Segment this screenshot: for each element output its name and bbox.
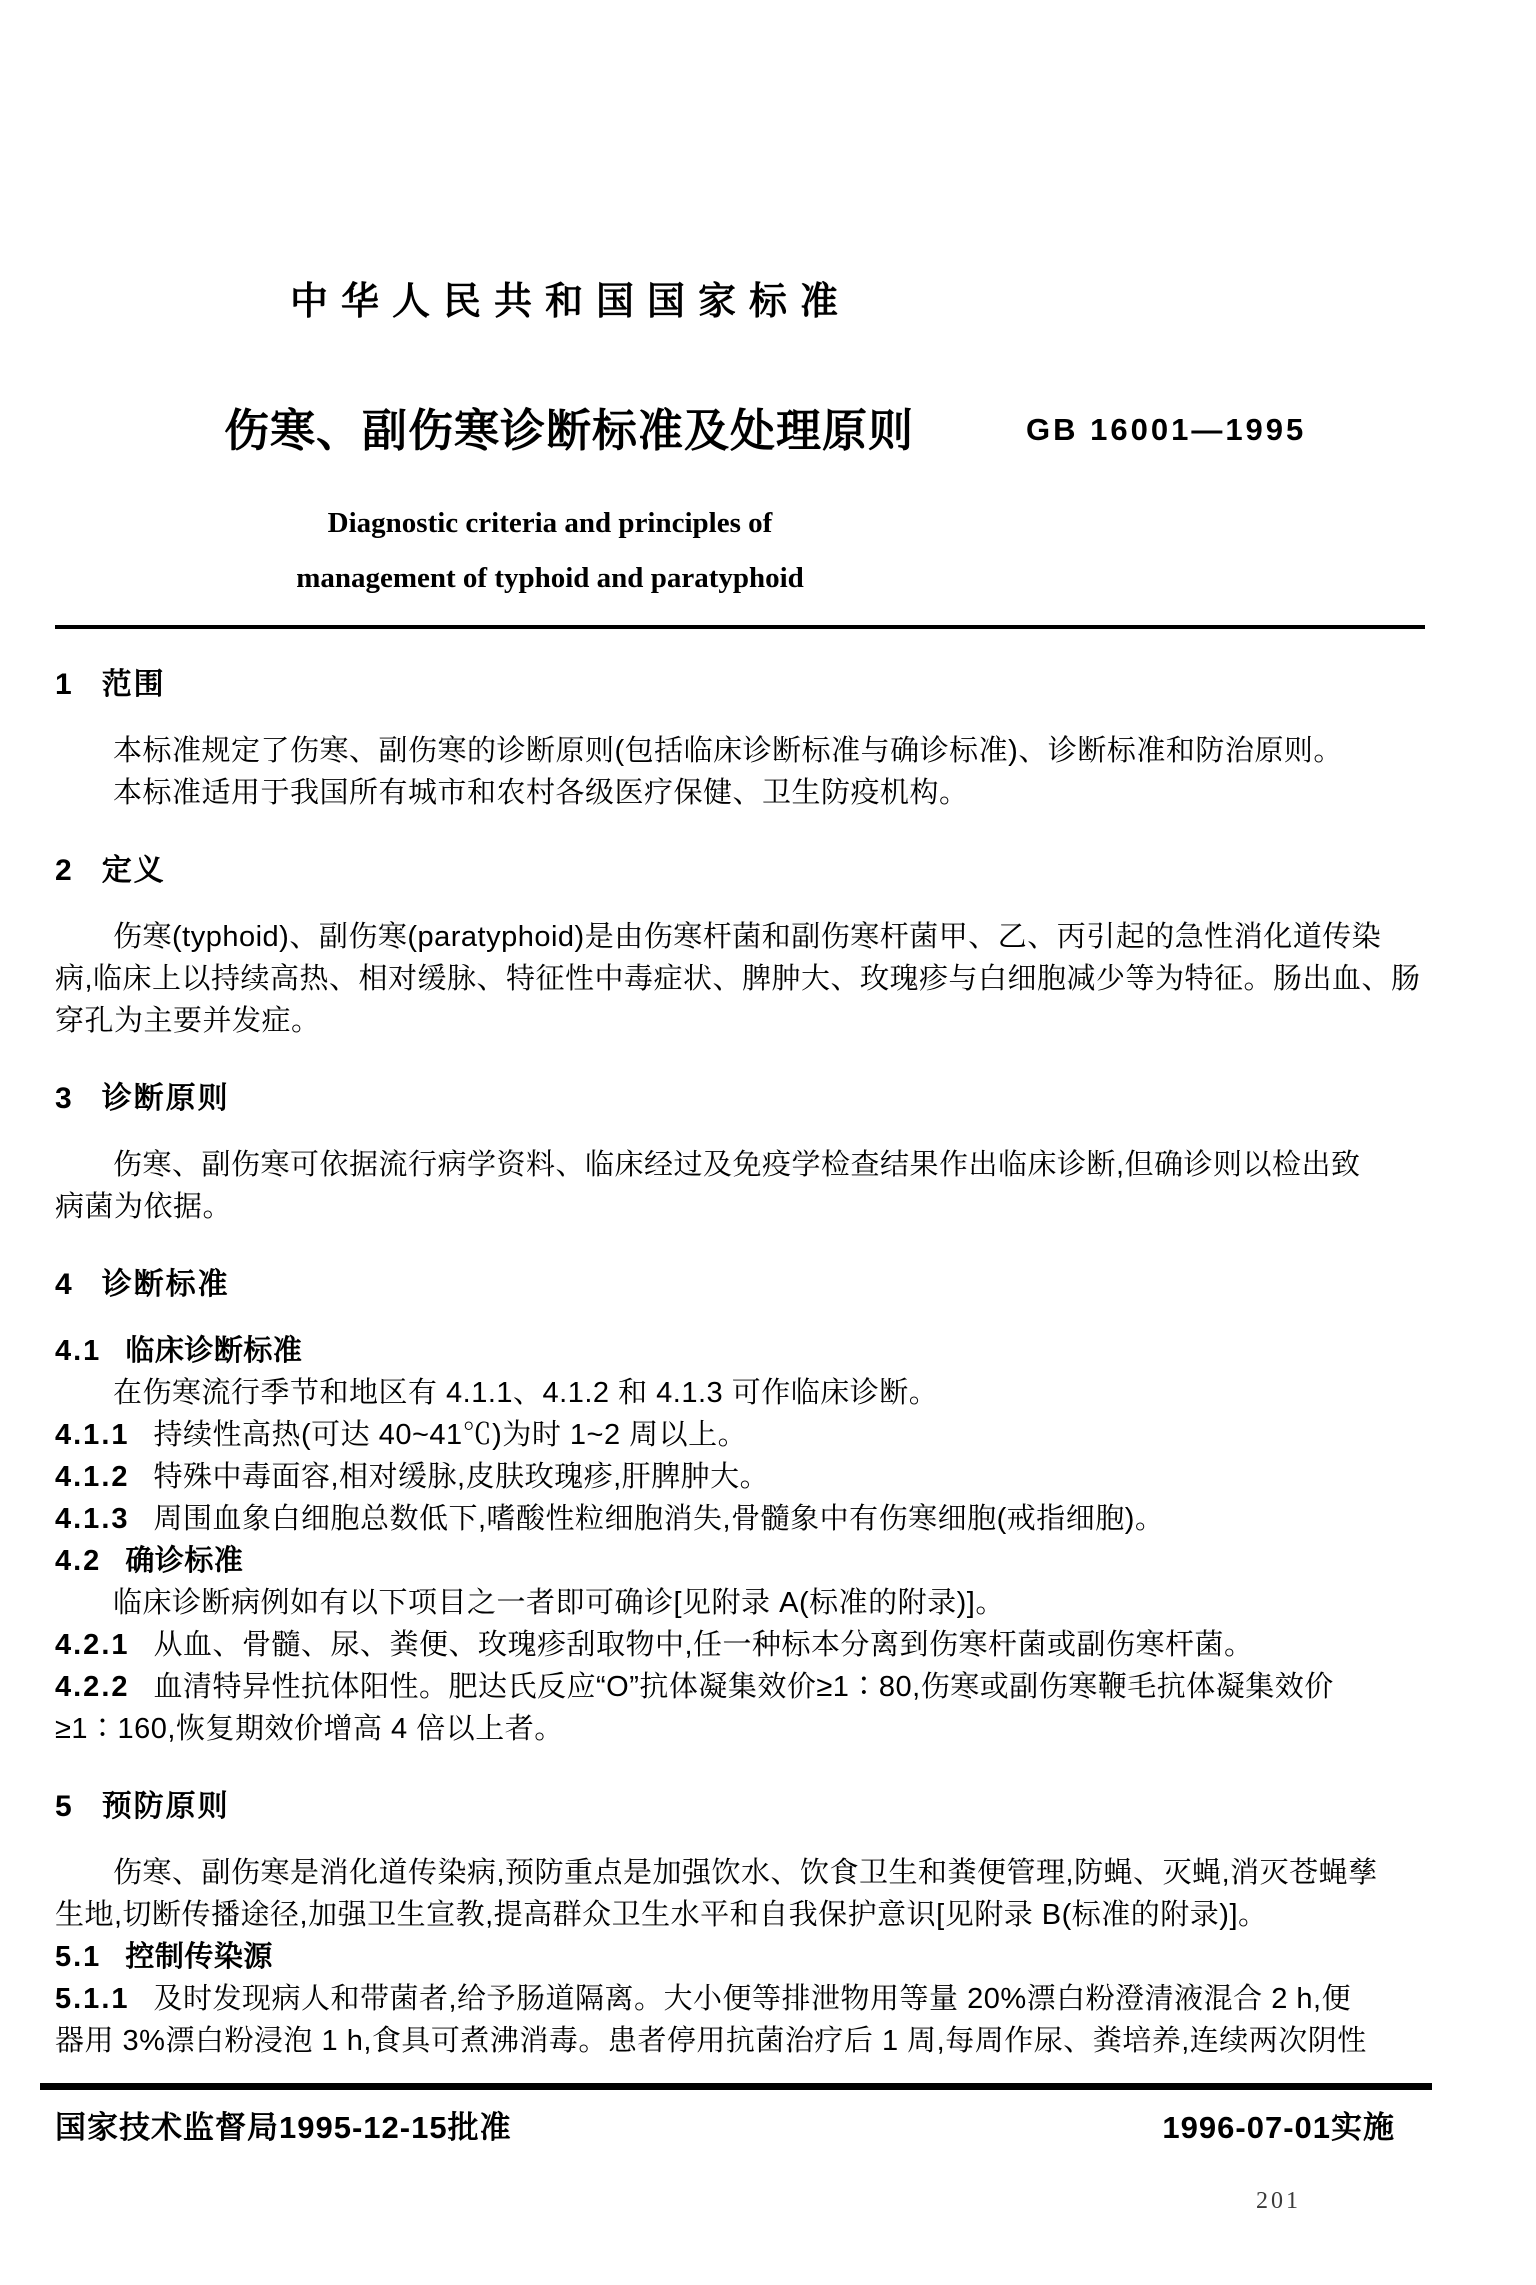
section-number: 4 <box>55 1268 72 1301</box>
section-heading-scope: 1范围 <box>55 666 1433 704</box>
paragraph-line: 在伤寒流行季节和地区有 4.1.1、4.1.2 和 4.1.3 可作临床诊断。 <box>55 1372 1433 1414</box>
clause-number: 4.2.2 <box>55 1671 130 1703</box>
paragraph-line: 伤寒(typhoid)、副伤寒(paratyphoid)是由伤寒杆菌和副伤寒杆菌… <box>55 916 1433 958</box>
title-en-line1: Diagnostic criteria and principles of <box>150 496 950 551</box>
document-title-zh: 伤寒、副伤寒诊断标准及处理原则 <box>224 394 914 459</box>
clause-number: 4.1 <box>55 1335 101 1367</box>
clause-title: 控制传染源 <box>125 1941 273 1973</box>
section-number: 5 <box>55 1790 72 1823</box>
document-body: 1范围 本标准规定了伤寒、副伤寒的诊断原则(包括临床诊断标准与确诊标准)、诊断标… <box>55 628 1433 2062</box>
clause-number: 4.1.3 <box>55 1503 130 1535</box>
footer-divider <box>40 2083 1432 2090</box>
clause-title: 临床诊断标准 <box>125 1335 302 1367</box>
subsection-heading-clinical-criteria: 4.1临床诊断标准 <box>55 1330 1433 1372</box>
clause-title: 确诊标准 <box>125 1545 243 1577</box>
paragraph-line: 临床诊断病例如有以下项目之一者即可确诊[见附录 A(标准的附录)]。 <box>55 1582 1433 1624</box>
clause-number: 4.2 <box>55 1545 101 1577</box>
clause-continuation-line: ≥1∶160,恢复期效价增高 4 倍以上者。 <box>55 1708 1433 1750</box>
clause-number: 4.2.1 <box>55 1629 130 1661</box>
clause-continuation-line: 器用 3%漂白粉浸泡 1 h,食具可煮沸消毒。患者停用抗菌治疗后 1 周,每周作… <box>55 2020 1433 2062</box>
clause-text: 持续性高热(可达 40~41℃)为时 1~2 周以上。 <box>154 1419 748 1451</box>
section-heading-diagnostic-principles: 3诊断原则 <box>55 1080 1433 1118</box>
paragraph-line: 病菌为依据。 <box>55 1186 1433 1228</box>
clause-text: 从血、骨髓、尿、粪便、玫瑰疹刮取物中,任一种标本分离到伤寒杆菌或副伤寒杆菌。 <box>154 1629 1254 1661</box>
section-heading-definition: 2定义 <box>55 852 1433 890</box>
clause-number: 4.1.2 <box>55 1461 130 1493</box>
title-en-line2: management of typhoid and paratyphoid <box>150 551 950 606</box>
section-title: 范围 <box>102 668 166 701</box>
paragraph-line: 穿孔为主要并发症。 <box>55 1000 1433 1042</box>
paragraph-line: 伤寒、副伤寒可依据流行病学资料、临床经过及免疫学检查结果作出临床诊断,但确诊则以… <box>55 1144 1433 1186</box>
section-title: 定义 <box>102 854 166 887</box>
document-footer: 国家技术监督局1995-12-15批准 1996-07-01实施 <box>55 2102 1395 2147</box>
paragraph-line: 生地,切断传播途径,加强卫生宣教,提高群众卫生水平和自我保护意识[见附录 B(标… <box>55 1894 1433 1936</box>
clause-line: 4.2.1从血、骨髓、尿、粪便、玫瑰疹刮取物中,任一种标本分离到伤寒杆菌或副伤寒… <box>55 1624 1433 1666</box>
national-standard-label: 中华人民共和国国家标准 <box>290 270 851 325</box>
subsection-heading-confirmation-criteria: 4.2确诊标准 <box>55 1540 1433 1582</box>
implementation-date: 1996-07-01实施 <box>1162 2102 1395 2147</box>
section-title: 诊断标准 <box>102 1268 230 1301</box>
paragraph-line: 本标准适用于我国所有城市和农村各级医疗保健、卫生防疫机构。 <box>55 772 1433 814</box>
clause-text: 特殊中毒面容,相对缓脉,皮肤玫瑰疹,肝脾肿大。 <box>154 1461 770 1493</box>
clause-text: 及时发现病人和带菌者,给予肠道隔离。大小便等排泄物用等量 20%漂白粉澄清液混合… <box>154 1983 1352 2015</box>
paragraph-line: 病,临床上以持续高热、相对缓脉、特征性中毒症状、脾肿大、玫瑰疹与白细胞减少等为特… <box>55 958 1433 1000</box>
section-heading-prevention-principles: 5预防原则 <box>55 1788 1433 1826</box>
clause-number: 4.1.1 <box>55 1419 130 1451</box>
paragraph-line: 伤寒、副伤寒是消化道传染病,预防重点是加强饮水、饮食卫生和粪便管理,防蝇、灭蝇,… <box>55 1852 1433 1894</box>
section-title: 预防原则 <box>102 1790 230 1823</box>
clause-text: 周围血象白细胞总数低下,嗜酸性粒细胞消失,骨髓象中有伤寒细胞(戒指细胞)。 <box>154 1503 1165 1535</box>
clause-number: 5.1.1 <box>55 1983 130 2015</box>
document-title-en: Diagnostic criteria and principles of ma… <box>150 496 950 606</box>
standard-code: GB 16001—1995 <box>1026 412 1306 448</box>
clause-line: 4.2.2血清特异性抗体阳性。肥达氏反应“O”抗体凝集效价≥1∶80,伤寒或副伤… <box>55 1666 1433 1708</box>
subsection-heading-control-infection-source: 5.1控制传染源 <box>55 1936 1433 1978</box>
clause-number: 5.1 <box>55 1941 101 1973</box>
standard-document-page: 中华人民共和国国家标准 伤寒、副伤寒诊断标准及处理原则 GB 16001—199… <box>0 0 1536 2285</box>
approval-date: 国家技术监督局1995-12-15批准 <box>55 2102 512 2147</box>
clause-line: 5.1.1及时发现病人和带菌者,给予肠道隔离。大小便等排泄物用等量 20%漂白粉… <box>55 1978 1433 2020</box>
clause-line: 4.1.3周围血象白细胞总数低下,嗜酸性粒细胞消失,骨髓象中有伤寒细胞(戒指细胞… <box>55 1498 1433 1540</box>
section-number: 3 <box>55 1082 72 1115</box>
clause-line: 4.1.2特殊中毒面容,相对缓脉,皮肤玫瑰疹,肝脾肿大。 <box>55 1456 1433 1498</box>
section-title: 诊断原则 <box>102 1082 230 1115</box>
page-number: 201 <box>1256 2188 1301 2215</box>
section-number: 2 <box>55 854 72 887</box>
section-heading-diagnostic-criteria: 4诊断标准 <box>55 1266 1433 1304</box>
clause-text: 血清特异性抗体阳性。肥达氏反应“O”抗体凝集效价≥1∶80,伤寒或副伤寒鞭毛抗体… <box>154 1671 1334 1703</box>
paragraph-line: 本标准规定了伤寒、副伤寒的诊断原则(包括临床诊断标准与确诊标准)、诊断标准和防治… <box>55 730 1433 772</box>
clause-line: 4.1.1持续性高热(可达 40~41℃)为时 1~2 周以上。 <box>55 1414 1433 1456</box>
section-number: 1 <box>55 668 72 701</box>
